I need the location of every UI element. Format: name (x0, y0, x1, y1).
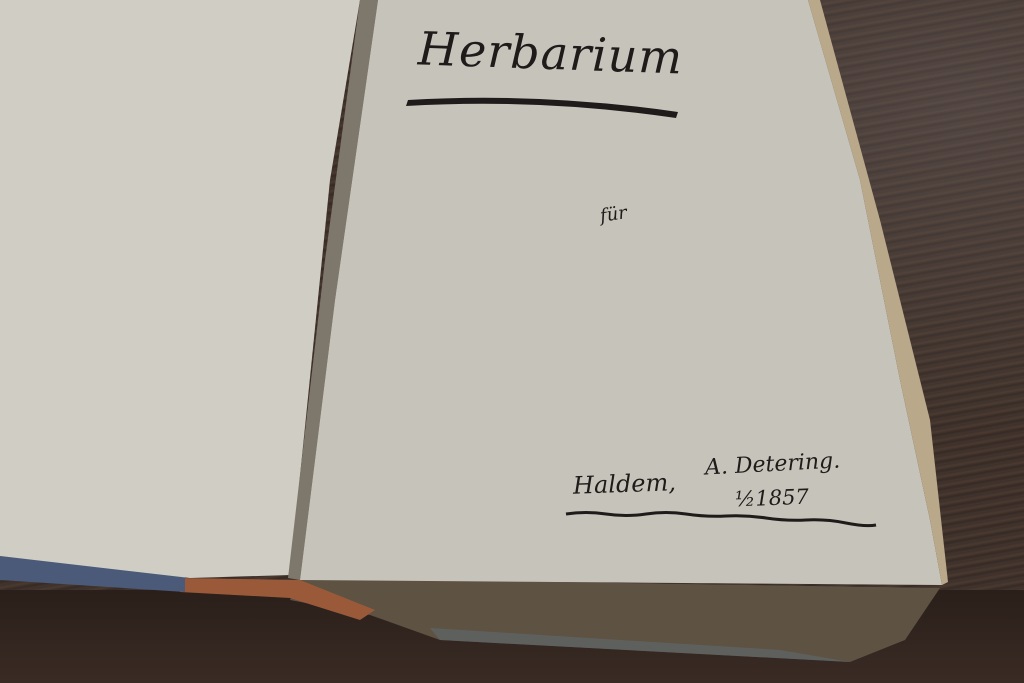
open-book (0, 0, 1024, 683)
handwritten-title: Herbarium (417, 21, 684, 84)
handwritten-fuer: für (599, 202, 629, 227)
handwritten-place: Haldem, (573, 468, 677, 500)
handwritten-date: ½1857 (735, 485, 810, 512)
page-block-edge (290, 578, 940, 662)
photo-scene: Herbarium für A. Detering. Haldem, ½1857 (0, 0, 1024, 683)
